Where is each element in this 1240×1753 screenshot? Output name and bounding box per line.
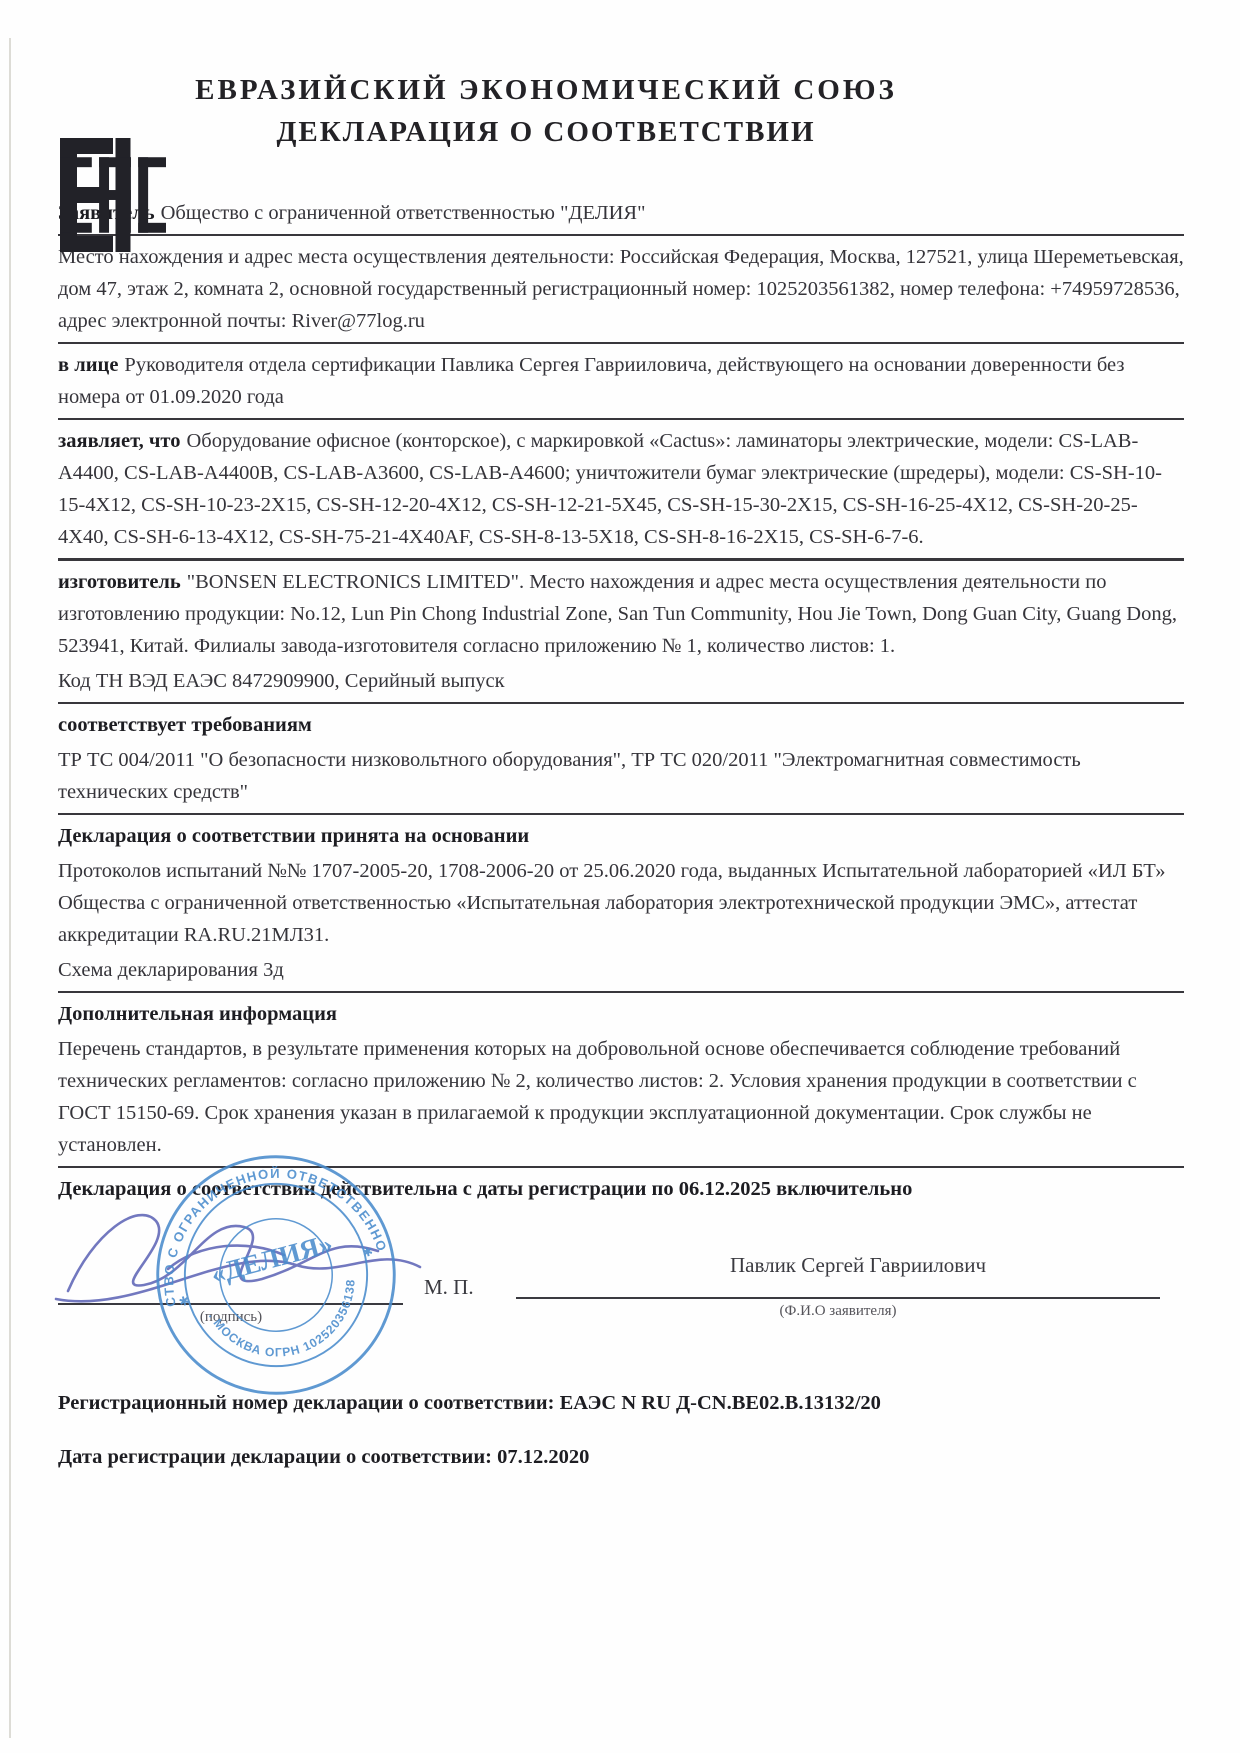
signature-area: (подпись) М. П. Павлик Сергей Гавриилови… <box>58 1215 1184 1343</box>
section-divider <box>58 234 1184 236</box>
manufacturer-label: изготовитель <box>58 571 181 593</box>
declarant-name-line <box>516 1297 1160 1299</box>
signature-caption: (подпись) <box>146 1309 316 1326</box>
registration-number-value: ЕАЭС N RU Д-CN.ВЕ02.В.13132/20 <box>560 1392 881 1414</box>
additional-text: Перечень стандартов, в результате примен… <box>58 1033 1184 1161</box>
stamp-star-left: ✱ <box>177 1293 191 1309</box>
tnved-line: Код ТН ВЭД ЕАЭС 8472909900, Серийный вып… <box>58 665 1184 697</box>
eac-logo <box>60 138 166 252</box>
registration-number-line: Регистрационный номер декларации о соотв… <box>58 1387 1184 1419</box>
basis-heading: Декларация о соответствии принята на осн… <box>58 820 1184 852</box>
document-content: ЕВРАЗИЙСКИЙ ЭКОНОМИЧЕСКИЙ СОЮЗ ДЕКЛАРАЦИ… <box>58 60 1184 1476</box>
in-person-label: в лице <box>58 354 118 376</box>
declarant-name: Павлик Сергей Гавриилович <box>558 1253 1158 1278</box>
stamp-place-label: М. П. <box>424 1275 474 1300</box>
manufacturer-row: изготовитель"BONSEN ELECTRONICS LIMITED"… <box>58 566 1184 662</box>
signature-line <box>58 1303 403 1305</box>
union-title: ЕВРАЗИЙСКИЙ ЭКОНОМИЧЕСКИЙ СОЮЗ <box>58 72 1034 108</box>
complies-heading: соответствует требованиям <box>58 709 1184 741</box>
stamp-inner-text: г. МОСКВА ОГРН 1025203561382 <box>122 1122 373 1390</box>
section-divider <box>58 558 1184 561</box>
document-title: ДЕКЛАРАЦИЯ О СООТВЕТСТВИИ <box>58 114 1034 150</box>
section-divider <box>58 1166 1184 1168</box>
document-title-block: ЕВРАЗИЙСКИЙ ЭКОНОМИЧЕСКИЙ СОЮЗ ДЕКЛАРАЦИ… <box>58 72 1034 151</box>
section-divider <box>58 342 1184 344</box>
in-person-row: в лицеРуководителя отдела сертификации П… <box>58 349 1184 413</box>
scheme-line: Схема декларирования 3д <box>58 954 1184 986</box>
scan-edge-artifact <box>9 38 11 1738</box>
registration-date-line: Дата регистрации декларации о соответств… <box>58 1441 1184 1473</box>
applicant-row: ЗаявительОбщество с ограниченной ответст… <box>58 197 1184 229</box>
manufacturer-value: "BONSEN ELECTRONICS LIMITED". Место нахо… <box>58 571 1177 657</box>
declarant-name-caption: (Ф.И.О заявителя) <box>658 1303 1018 1320</box>
applicant-value: Общество с ограниченной ответственностью… <box>161 202 646 224</box>
section-divider <box>58 418 1184 420</box>
declaration-document-page: ЕВРАЗИЙСКИЙ ЭКОНОМИЧЕСКИЙ СОЮЗ ДЕКЛАРАЦИ… <box>0 0 1240 1753</box>
registration-date-value: 07.12.2020 <box>497 1446 589 1468</box>
in-person-value: Руководителя отдела сертификации Павлика… <box>58 354 1125 408</box>
declares-row: заявляет, чтоОборудование офисное (конто… <box>58 425 1184 553</box>
section-divider <box>58 813 1184 815</box>
declares-value: Оборудование офисное (конторское), с мар… <box>58 430 1162 548</box>
complies-text: ТР ТС 004/2011 "О безопасности низковоль… <box>58 744 1184 808</box>
svg-text:г. МОСКВА ОГРН 1025203561382: г. МОСКВА ОГРН 1025203561382 <box>122 1122 373 1390</box>
applicant-address: Место нахождения и адрес места осуществл… <box>58 241 1184 337</box>
section-divider <box>58 991 1184 993</box>
registration-number-label: Регистрационный номер декларации о соотв… <box>58 1392 554 1414</box>
stamp-center-text: «ДЕЛИЯ» <box>208 1228 336 1289</box>
additional-heading: Дополнительная информация <box>58 998 1184 1030</box>
stamp-star-right: ✱ <box>361 1244 375 1260</box>
declares-label: заявляет, что <box>58 430 180 452</box>
validity-line: Декларация о соответствии действительна … <box>58 1173 1184 1205</box>
basis-text: Протоколов испытаний №№ 1707-2005-20, 17… <box>58 855 1184 951</box>
section-divider <box>58 702 1184 704</box>
registration-date-label: Дата регистрации декларации о соответств… <box>58 1446 492 1468</box>
